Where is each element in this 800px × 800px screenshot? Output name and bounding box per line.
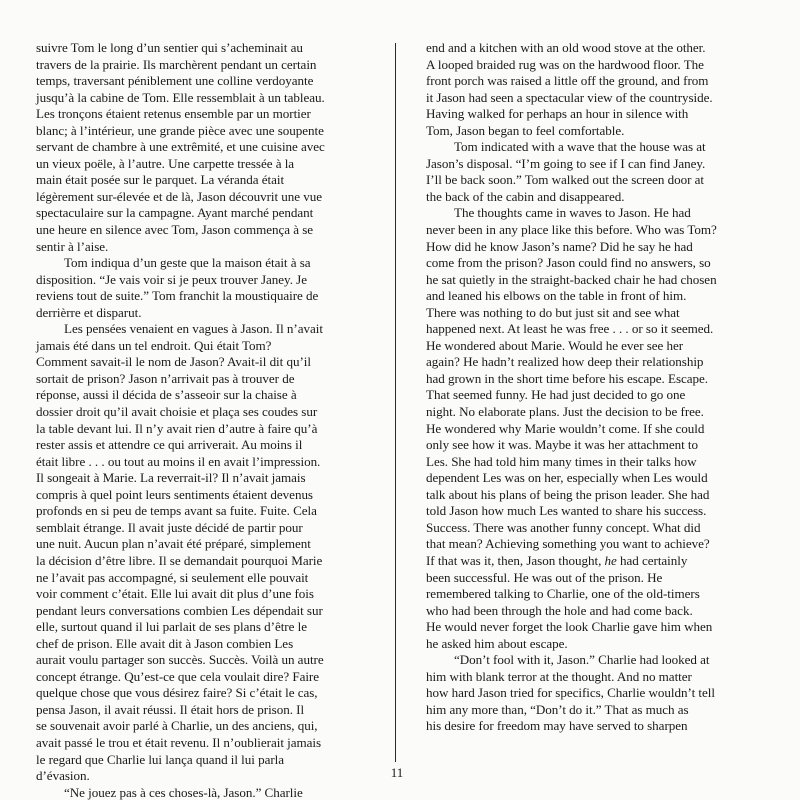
text-line: concept étrange. Qu’est-ce que cela voul… xyxy=(36,669,366,686)
english-text-column: end and a kitchen with an old wood stove… xyxy=(426,40,761,735)
text-line: quelque chose que vous désirez faire? Si… xyxy=(36,685,366,702)
text-line: légèrement sur-élevée et de là, Jason dé… xyxy=(36,189,366,206)
text-line: If that was it, then, Jason thought, he … xyxy=(426,553,761,570)
text-line: front porch was raised a little off the … xyxy=(426,73,761,90)
text-line: he sat quietly in the straight-backed ch… xyxy=(426,272,761,289)
text-line: talk about his plans of being the prison… xyxy=(426,487,761,504)
text-line: Jason’s disposal. “I’m going to see if I… xyxy=(426,156,761,173)
text-line: avait passé le trou et était revenu. Il … xyxy=(36,735,366,752)
text-line: le regard que Charlie lui lança quand il… xyxy=(36,752,366,769)
text-line: been successful. He was out of the priso… xyxy=(426,570,761,587)
text-line: servant de chambre à une extrêmité, et u… xyxy=(36,139,366,156)
text-line: jusqu’à la cabine de Tom. Elle ressembla… xyxy=(36,90,366,107)
text-line: la table devant lui. Il n’y avait rien d… xyxy=(36,421,366,438)
text-line: He wondered about Marie. Would he ever s… xyxy=(426,338,761,355)
text-line: pendant leurs conversations combien Les … xyxy=(36,603,366,620)
text-line: “Don’t fool with it, Jason.” Charlie had… xyxy=(426,652,761,669)
text-line: The thoughts came in waves to Jason. He … xyxy=(426,205,761,222)
text-line: reviens tout de suite.” Tom franchit la … xyxy=(36,288,366,305)
text-line: he asked him about escape. xyxy=(426,636,761,653)
text-line: derrièrre et disparut. xyxy=(36,305,366,322)
text-line: the back of the cabin and disappeared. xyxy=(426,189,761,206)
text-line: disposition. “Je vais voir si je peux tr… xyxy=(36,272,366,289)
text-line: elle, surtout quand il lui parlait de se… xyxy=(36,619,366,636)
text-line: his desire for freedom may have served t… xyxy=(426,718,761,735)
text-line: it Jason had seen a spectacular view of … xyxy=(426,90,761,107)
text-line: A looped braided rug was on the hardwood… xyxy=(426,57,761,74)
text-line: “Ne jouez pas à ces choses-là, Jason.” C… xyxy=(36,785,366,800)
text-line: remembered talking to Charlie, one of th… xyxy=(426,586,761,603)
text-line: rester assis et attendre ce qui arrivera… xyxy=(36,437,366,454)
text-line: profonds en si peu de temps avant sa fui… xyxy=(36,503,366,520)
text-line: jamais été dans un tel endroit. Qui étai… xyxy=(36,338,366,355)
text-line: sentir à l’aise. xyxy=(36,239,366,256)
text-line: There was nothing to do but just sit and… xyxy=(426,305,761,322)
text-line: Les tronçons étaient retenus ensemble pa… xyxy=(36,106,366,123)
text-line: chef de prison. Elle avait dit à Jason c… xyxy=(36,636,366,653)
text-line: Tom indicated with a wave that the house… xyxy=(426,139,761,156)
text-line: night. No elaborate plans. Just the deci… xyxy=(426,404,761,421)
text-line: He would never forget the look Charlie g… xyxy=(426,619,761,636)
italic-emphasis: he xyxy=(605,553,617,568)
text-line: come from the prison? Jason could find n… xyxy=(426,255,761,272)
text-line: how hard Jason tried for specifics, Char… xyxy=(426,685,761,702)
text-line: and leaned his elbows on the table in fr… xyxy=(426,288,761,305)
text-line: un vieux poële, à l’autre. Une carpette … xyxy=(36,156,366,173)
text-line: aurait voulu partager son succès. Succès… xyxy=(36,652,366,669)
text-line: end and a kitchen with an old wood stove… xyxy=(426,40,761,57)
text-line: dependent Les was on her, especially whe… xyxy=(426,470,761,487)
text-line: une heure en silence avec Tom, Jason com… xyxy=(36,222,366,239)
text-line: again? He hadn’t realized how deep their… xyxy=(426,354,761,371)
text-line: pensa Jason, il avait réussi. Il était h… xyxy=(36,702,366,719)
text-line: spectaculaire sur la campagne. Ayant mar… xyxy=(36,205,366,222)
text-line: d’évasion. xyxy=(36,768,366,785)
text-line: Tom indiqua d’un geste que la maison éta… xyxy=(36,255,366,272)
text-line: voir comment c’était. Elle lui avait dit… xyxy=(36,586,366,603)
text-line: that mean? Achieving something you want … xyxy=(426,536,761,553)
text-line: Success. There was another funny concept… xyxy=(426,520,761,537)
text-line: happened next. At least he was free . . … xyxy=(426,321,761,338)
text-line: main était posée sur le parquet. La véra… xyxy=(36,172,366,189)
french-text-column: suivre Tom le long d’un sentier qui s’ac… xyxy=(36,40,366,800)
text-line: temps, traversant péniblement une collin… xyxy=(36,73,366,90)
text-line: la décision d’être libre. Il se demandai… xyxy=(36,553,366,570)
text-line: told Jason how much Les wanted to share … xyxy=(426,503,761,520)
text-line: He wondered why Marie wouldn’t come. If … xyxy=(426,421,761,438)
text-line: who had been through the hole and had co… xyxy=(426,603,761,620)
text-line: him any more than, “Don’t do it.” That a… xyxy=(426,702,761,719)
text-line: never been in any place like this before… xyxy=(426,222,761,239)
text-line: semblait étrange. Il avait juste décidé … xyxy=(36,520,366,537)
text-line: Having walked for perhaps an hour in sil… xyxy=(426,106,761,123)
text-line: Tom, Jason began to feel comfortable. xyxy=(426,123,761,140)
text-line: Les pensées venaient en vagues à Jason. … xyxy=(36,321,366,338)
text-line: That seemed funny. He had just decided t… xyxy=(426,387,761,404)
text-line: How did he know Jason’s name? Did he say… xyxy=(426,239,761,256)
text-line: blanc; à l’intérieur, une grande pièce a… xyxy=(36,123,366,140)
text-line: him with blank terror at the thought. An… xyxy=(426,669,761,686)
text-line: Comment savait-il le nom de Jason? Avait… xyxy=(36,354,366,371)
text-line: had grown in the short time before his e… xyxy=(426,371,761,388)
text-line: se souvenait avoir parlé à Charlie, un d… xyxy=(36,718,366,735)
text-line: réponse, aussi il décida de s’asseoir su… xyxy=(36,387,366,404)
text-line: only see how it was. Maybe it was her at… xyxy=(426,437,761,454)
text-line: suivre Tom le long d’un sentier qui s’ac… xyxy=(36,40,366,57)
text-line: Les. She had told him many times in thei… xyxy=(426,454,761,471)
text-line: I’ll be back soon.” Tom walked out the s… xyxy=(426,172,761,189)
column-divider xyxy=(395,43,396,762)
text-line: Il songeait à Marie. La reverrait-il? Il… xyxy=(36,470,366,487)
text-line: ne l’avait pas accompagné, si seulement … xyxy=(36,570,366,587)
text-line: compris à quel point leurs sentiments ét… xyxy=(36,487,366,504)
text-line: travers de la prairie. Ils marchèrent pe… xyxy=(36,57,366,74)
page-number: 11 xyxy=(385,765,409,781)
text-line: une nuit. Aucun plan n’avait été préparé… xyxy=(36,536,366,553)
text-line: dossier droit qu’il avait choisie et pla… xyxy=(36,404,366,421)
text-line: était libre . . . ou tout au moins il en… xyxy=(36,454,366,471)
text-line: sortait de prison? Jason n’arrivait pas … xyxy=(36,371,366,388)
